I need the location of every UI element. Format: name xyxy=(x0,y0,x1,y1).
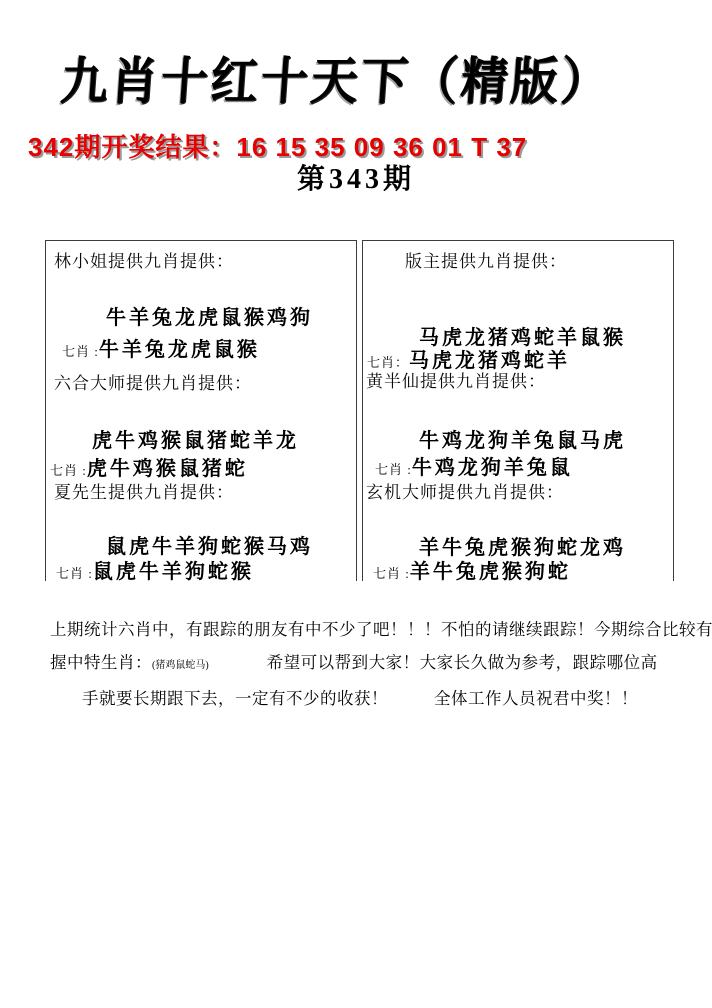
seven-zodiac-label: 七肖 : xyxy=(375,462,412,477)
provider-heading: 黄半仙提供九肖提供： xyxy=(366,367,546,392)
seven-zodiac-value: 牛鸡龙狗羊兔鼠 xyxy=(412,457,573,479)
commentary-line2-rest: 希望可以帮到大家！大家长久做为参考，跟踪哪位高 xyxy=(267,653,658,672)
seven-zodiac-value: 鼠虎牛羊狗蛇猴 xyxy=(93,561,254,583)
seven-zodiac-label: 七肖 : xyxy=(56,566,93,581)
page-title: 九肖十红十天下（精版） xyxy=(0,41,675,113)
commentary-line3-part1: 手就要长期跟下去，一定有不少的收获！ xyxy=(82,689,388,708)
seven-zodiac-value: 牛羊兔龙虎鼠猴 xyxy=(99,339,260,361)
predictions-left-column: 林小姐提供九肖提供： 牛羊兔龙虎鼠猴鸡狗 七肖 :牛羊兔龙虎鼠猴 六合大师提供九… xyxy=(45,240,357,581)
seven-zodiac-line: 七肖 :鼠虎牛羊狗蛇猴 xyxy=(56,555,254,584)
provider-heading: 玄机大师提供九肖提供： xyxy=(366,478,564,503)
special-zodiac-note: (猪鸡鼠蛇马) xyxy=(152,660,209,671)
provider-heading: 六合大师提供九肖提供： xyxy=(54,369,252,394)
commentary-line-3: 手就要长期跟下去，一定有不少的收获！全体工作人员祝君中奖！！ xyxy=(50,682,670,715)
tip-sheet-page: 九肖十红十天下（精版） 342期开奖结果：16 15 35 09 36 01 T… xyxy=(0,0,712,1008)
provider-heading: 夏先生提供九肖提供： xyxy=(54,478,234,503)
nine-zodiac-line: 牛羊兔龙虎鼠猴鸡狗 xyxy=(106,301,313,330)
seven-zodiac-line: 七肖 :虎牛鸡猴鼠猪蛇 xyxy=(50,452,248,481)
commentary-line2-prefix: 握中特生肖： xyxy=(50,653,152,672)
seven-zodiac-value: 羊牛兔虎猴狗蛇 xyxy=(410,561,571,583)
provider-heading: 林小姐提供九肖提供： xyxy=(54,247,234,272)
provider-heading: 版主提供九肖提供： xyxy=(405,247,567,272)
seven-zodiac-label: 七肖 : xyxy=(62,344,99,359)
current-issue-number: 第343期 xyxy=(0,157,712,197)
commentary-line-2: 握中特生肖：(猪鸡鼠蛇马)希望可以帮到大家！大家长久做为参考，跟踪哪位高 xyxy=(50,646,670,682)
seven-zodiac-line: 七肖 :牛鸡龙狗羊兔鼠 xyxy=(375,451,573,480)
commentary-line3-part2: 全体工作人员祝君中奖！！ xyxy=(434,689,638,708)
predictions-right-column: 版主提供九肖提供： 马虎龙猪鸡蛇羊鼠猴 七肖：马虎龙猪鸡蛇羊 黄半仙提供九肖提供… xyxy=(362,240,674,581)
seven-zodiac-label: 七肖 : xyxy=(50,463,87,478)
commentary-paragraph: 上期统计六肖中，有跟踪的朋友有中不少了吧！！！不怕的请继续跟踪！今期综合比较有把… xyxy=(50,613,670,715)
seven-zodiac-value: 虎牛鸡猴鼠猪蛇 xyxy=(87,458,248,480)
seven-zodiac-label: 七肖 : xyxy=(373,566,410,581)
seven-zodiac-line: 七肖 :羊牛兔虎猴狗蛇 xyxy=(373,555,571,584)
seven-zodiac-line: 七肖 :牛羊兔龙虎鼠猴 xyxy=(62,333,260,362)
nine-zodiac-line: 虎牛鸡猴鼠猪蛇羊龙 xyxy=(92,424,299,453)
nine-zodiac-line: 牛鸡龙狗羊兔鼠马虎 xyxy=(419,424,626,453)
commentary-line-1: 上期统计六肖中，有跟踪的朋友有中不少了吧！！！不怕的请继续跟踪！今期综合比较有把 xyxy=(50,613,670,646)
